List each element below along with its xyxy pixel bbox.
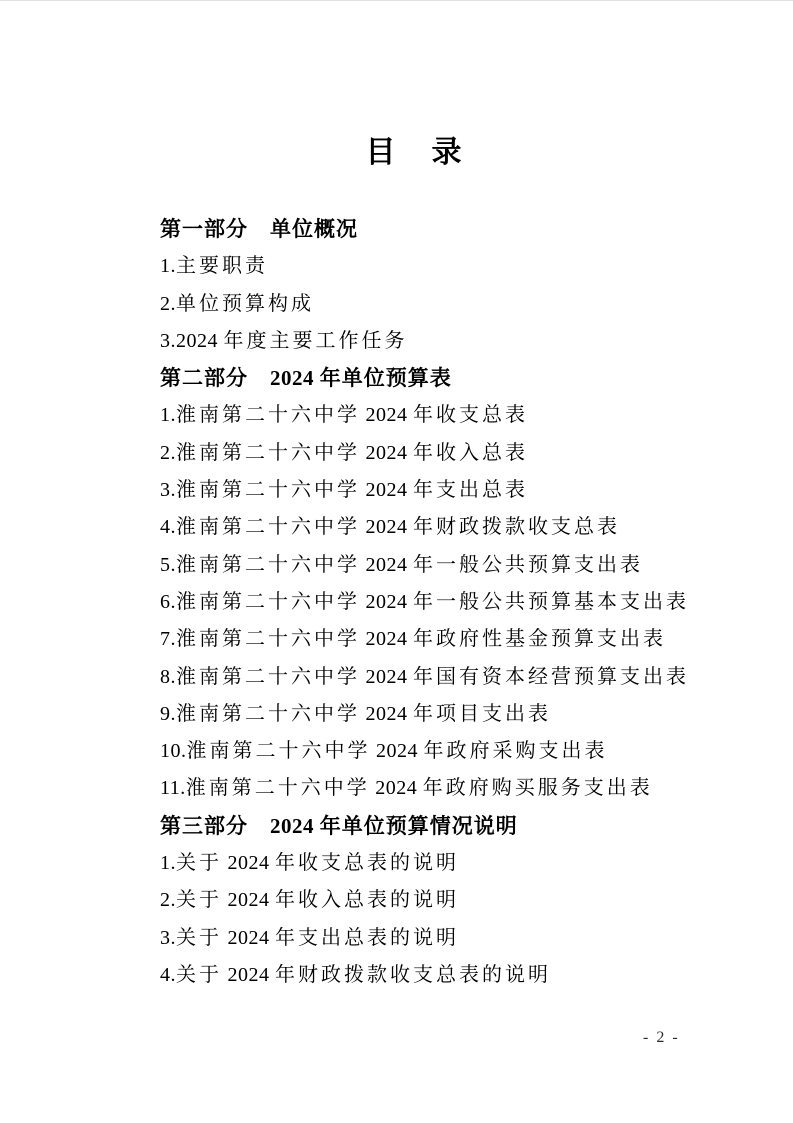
toc-item: 1.关于 2024 年收支总表的说明 (160, 845, 670, 882)
toc-item: 2.单位预算构成 (160, 286, 670, 323)
toc-item: 4.关于 2024 年财政拨款收支总表的说明 (160, 957, 670, 994)
toc-item: 9.淮南第二十六中学 2024 年项目支出表 (160, 696, 670, 733)
toc-item: 3.2024 年度主要工作任务 (160, 323, 670, 360)
toc-item: 8.淮南第二十六中学 2024 年国有资本经营预算支出表 (160, 659, 670, 696)
toc-item: 7.淮南第二十六中学 2024 年政府性基金预算支出表 (160, 621, 670, 658)
toc-item: 4.淮南第二十六中学 2024 年财政拨款收支总表 (160, 509, 670, 546)
section-heading-part1: 第一部分 单位概况 (160, 211, 670, 248)
page-number: - 2 - (643, 1029, 680, 1047)
toc-item: 5.淮南第二十六中学 2024 年一般公共预算支出表 (160, 547, 670, 584)
section-heading-part2: 第二部分 2024 年单位预算表 (160, 360, 670, 397)
toc-item: 2.淮南第二十六中学 2024 年收入总表 (160, 435, 670, 472)
toc-item: 3.淮南第二十六中学 2024 年支出总表 (160, 472, 670, 509)
toc-content: 目 录 第一部分 单位概况 1.主要职责 2.单位预算构成 3.2024 年度主… (160, 130, 670, 994)
toc-item: 11.淮南第二十六中学 2024 年政府购买服务支出表 (160, 770, 670, 807)
toc-item: 3.关于 2024 年支出总表的说明 (160, 920, 670, 957)
section-heading-part3: 第三部分 2024 年单位预算情况说明 (160, 808, 670, 845)
toc-item: 1.淮南第二十六中学 2024 年收支总表 (160, 397, 670, 434)
page-title: 目 录 (160, 130, 670, 176)
toc-item: 10.淮南第二十六中学 2024 年政府采购支出表 (160, 733, 670, 770)
toc-item: 1.主要职责 (160, 248, 670, 285)
toc-item: 2.关于 2024 年收入总表的说明 (160, 882, 670, 919)
document-page: 目 录 第一部分 单位概况 1.主要职责 2.单位预算构成 3.2024 年度主… (0, 0, 793, 1123)
toc-item: 6.淮南第二十六中学 2024 年一般公共预算基本支出表 (160, 584, 670, 621)
